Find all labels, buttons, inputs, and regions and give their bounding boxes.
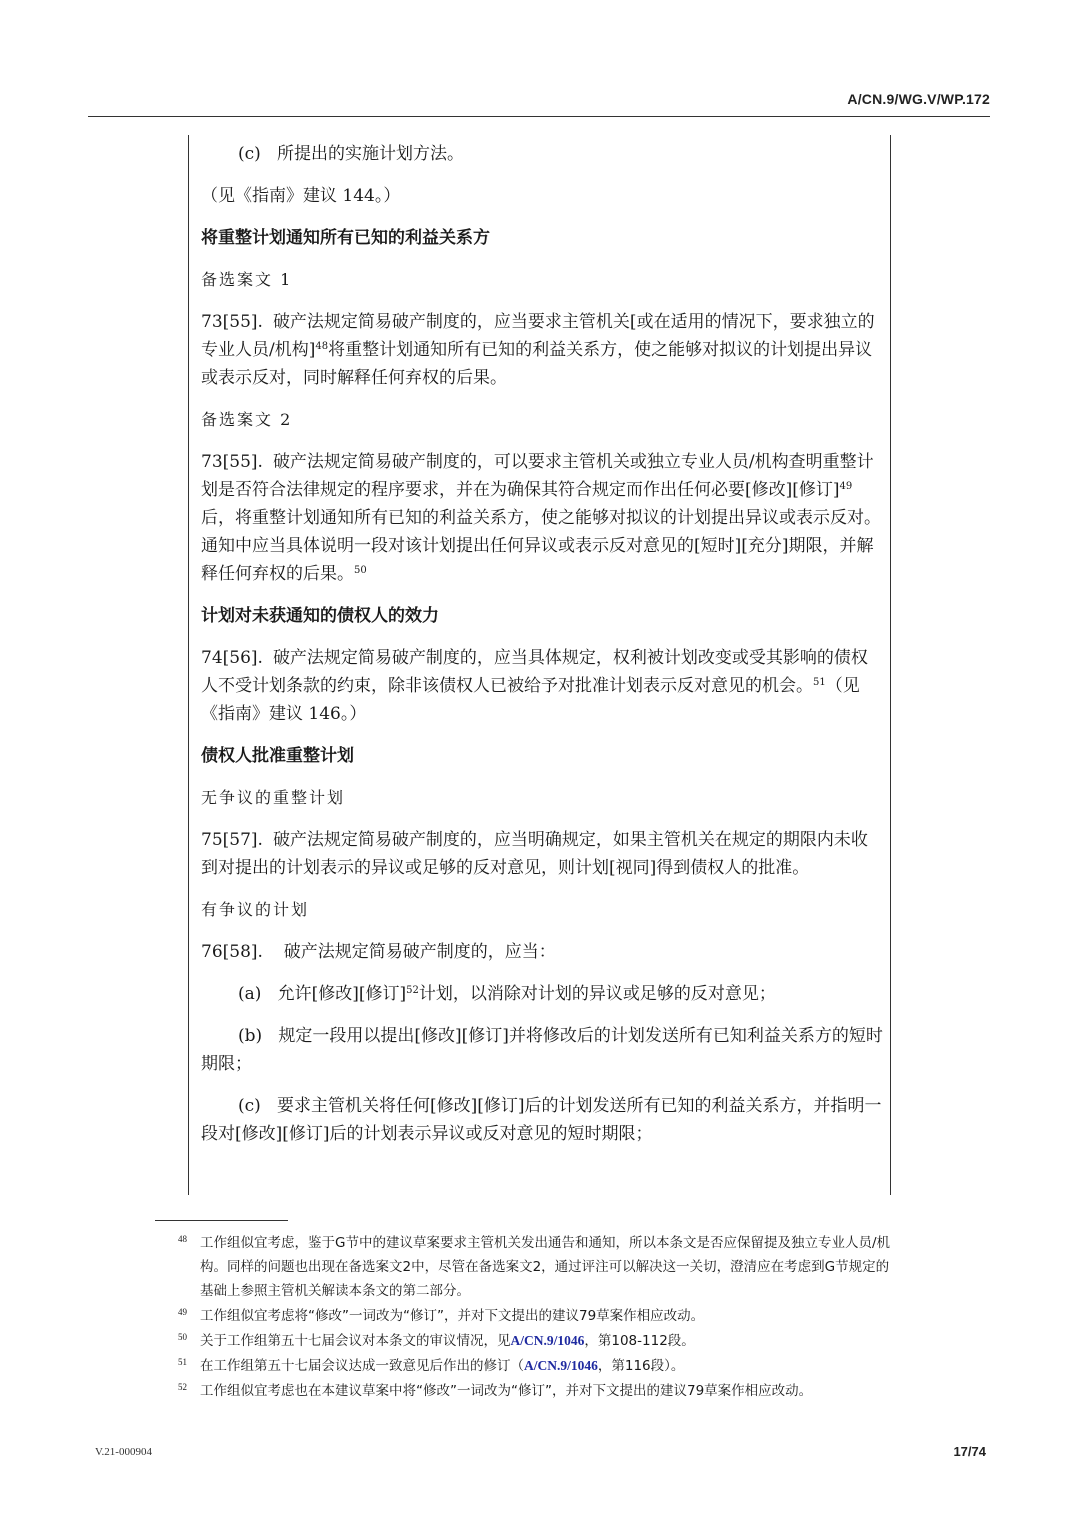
footnotes: 48 工作组似宜考虑，鉴于G节中的建议草案要求主管机关发出通告和通知，所以本条文… bbox=[178, 1231, 890, 1404]
document-link-a-cn9-1046[interactable]: A/CN.9/1046 bbox=[524, 1358, 598, 1373]
footnote-ref-52[interactable]: 52 bbox=[406, 985, 419, 996]
item-text: 所提出的实施计划方法。 bbox=[277, 144, 464, 164]
paragraph-number: 73[55]. bbox=[201, 452, 263, 472]
document-number: V.21-000904 bbox=[95, 1446, 152, 1458]
footnote-text: ，第108-112段。 bbox=[584, 1333, 694, 1349]
footnote-49: 49 工作组似宜考虑将“修改”一词改为“修订”，并对下文提出的建议79草案作相应… bbox=[178, 1304, 890, 1328]
paragraph-text: 后，将重整计划通知所有已知的利益关系方，使之能够对拟议的计划提出异议或表示反对。… bbox=[201, 508, 881, 584]
document-symbol: A/CN.9/WG.V/WP.172 bbox=[847, 91, 990, 107]
alternative-2-label: 备选案文 2 bbox=[201, 406, 883, 434]
section-heading-effect: 计划对未获通知的债权人的效力 bbox=[201, 602, 883, 630]
footnote-text: 关于工作组第五十七届会议对本条文的审议情况，见 bbox=[200, 1333, 511, 1349]
paragraph-text: 破产法规定简易破产制度的，应当具体规定，权利被计划改变或受其影响的债权人不受计划… bbox=[201, 648, 868, 696]
page-number: 17/74 bbox=[953, 1444, 986, 1459]
paragraph-73-alt2: 73[55].破产法规定简易破产制度的，可以要求主管机关或独立专业人员/机构查明… bbox=[201, 448, 883, 588]
paragraph-number: 76[58]. bbox=[201, 942, 263, 962]
item-text: 规定一段用以提出[修改][修订]并将修改后的计划发送所有已知利益关系方的短时期限… bbox=[201, 1026, 883, 1074]
header-rule bbox=[88, 116, 990, 117]
paragraph-text: 破产法规定简易破产制度的，可以要求主管机关或独立专业人员/机构查明重整计划是否符… bbox=[201, 452, 874, 500]
footnote-text: 工作组似宜考虑将“修改”一词改为“修订”，并对下文提出的建议79草案作相应改动。 bbox=[200, 1308, 704, 1324]
footnote-51: 51 在工作组第五十七届会议达成一致意见后作出的修订（A/CN.9/1046，第… bbox=[178, 1354, 890, 1378]
footnote-text: 在工作组第五十七届会议达成一致意见后作出的修订（ bbox=[200, 1358, 524, 1374]
item-c: (c) 要求主管机关将任何[修改][修订]后的计划发送所有已知的利益关系方，并指… bbox=[201, 1092, 883, 1148]
footnote-number: 49 bbox=[178, 1300, 187, 1324]
footnote-ref-49[interactable]: 49 bbox=[840, 481, 853, 492]
section-heading-notify: 将重整计划通知所有已知的利益关系方 bbox=[201, 224, 883, 252]
item-label: (c) bbox=[238, 1096, 261, 1116]
footnote-ref-51[interactable]: 51 bbox=[813, 677, 826, 688]
footnote-52: 52 工作组似宜考虑也在本建议草案中将“修改”一词改为“修订”，并对下文提出的建… bbox=[178, 1379, 890, 1403]
paragraph-text: 破产法规定简易破产制度的，应当： bbox=[284, 942, 556, 962]
footnote-number: 52 bbox=[178, 1375, 187, 1399]
item-text: 计划，以消除对计划的异议或足够的反对意见； bbox=[419, 984, 776, 1004]
footnote-number: 50 bbox=[178, 1325, 187, 1349]
item-a: (a) 允许[修改][修订]52计划，以消除对计划的异议或足够的反对意见； bbox=[201, 980, 883, 1008]
contested-plan-label: 有争议的计划 bbox=[201, 896, 883, 924]
footnote-ref-50[interactable]: 50 bbox=[354, 565, 367, 576]
footnote-ref-48[interactable]: 48 bbox=[315, 341, 328, 352]
paragraph-text: 破产法规定简易破产制度的，应当明确规定，如果主管机关在规定的期限内未收到对提出的… bbox=[201, 830, 868, 878]
paragraph-number: 74[56]. bbox=[201, 648, 263, 668]
footnote-separator bbox=[155, 1220, 288, 1221]
paragraph-76: 76[58]. 破产法规定简易破产制度的，应当： bbox=[201, 938, 883, 966]
document-link-a-cn9-1046[interactable]: A/CN.9/1046 bbox=[511, 1333, 585, 1348]
paragraph-73-alt1: 73[55].破产法规定简易破产制度的，应当要求主管机关[或在适用的情况下，要求… bbox=[201, 308, 883, 392]
paragraph-74: 74[56].破产法规定简易破产制度的，应当具体规定，权利被计划改变或受其影响的… bbox=[201, 644, 883, 728]
paragraph-number: 75[57]. bbox=[201, 830, 263, 850]
paragraph-number: 73[55]. bbox=[201, 312, 263, 332]
section-heading-approval: 债权人批准重整计划 bbox=[201, 742, 883, 770]
item-text: 要求主管机关将任何[修改][修订]后的计划发送所有已知的利益关系方，并指明一段对… bbox=[201, 1096, 882, 1144]
uncontested-plan-label: 无争议的重整计划 bbox=[201, 784, 883, 812]
footnote-text: ，第116段）。 bbox=[598, 1358, 685, 1374]
footnote-text: 工作组似宜考虑也在本建议草案中将“修改”一词改为“修订”，并对下文提出的建议79… bbox=[200, 1383, 812, 1399]
footnote-number: 48 bbox=[178, 1227, 187, 1251]
item-text: 允许[修改][修订] bbox=[278, 984, 407, 1004]
main-content: (c) 所提出的实施计划方法。 （见《指南》建议 144。） 将重整计划通知所有… bbox=[201, 140, 883, 1162]
alternative-1-label: 备选案文 1 bbox=[201, 266, 883, 294]
guide-reference-144: （见《指南》建议 144。） bbox=[201, 182, 883, 210]
paragraph-75: 75[57].破产法规定简易破产制度的，应当明确规定，如果主管机关在规定的期限内… bbox=[201, 826, 883, 882]
item-b: (b) 规定一段用以提出[修改][修订]并将修改后的计划发送所有已知利益关系方的… bbox=[201, 1022, 883, 1078]
item-label: (a) bbox=[238, 984, 261, 1004]
item-c-intro: (c) 所提出的实施计划方法。 bbox=[201, 140, 883, 168]
footnote-text: 工作组似宜考虑，鉴于G节中的建议草案要求主管机关发出通告和通知，所以本条文是否应… bbox=[200, 1235, 890, 1299]
item-label: (c) bbox=[238, 144, 261, 164]
footnote-number: 51 bbox=[178, 1350, 187, 1374]
item-label: (b) bbox=[238, 1026, 262, 1046]
footnote-50: 50 关于工作组第五十七届会议对本条文的审议情况，见A/CN.9/1046，第1… bbox=[178, 1329, 890, 1353]
footnote-48: 48 工作组似宜考虑，鉴于G节中的建议草案要求主管机关发出通告和通知，所以本条文… bbox=[178, 1231, 890, 1303]
